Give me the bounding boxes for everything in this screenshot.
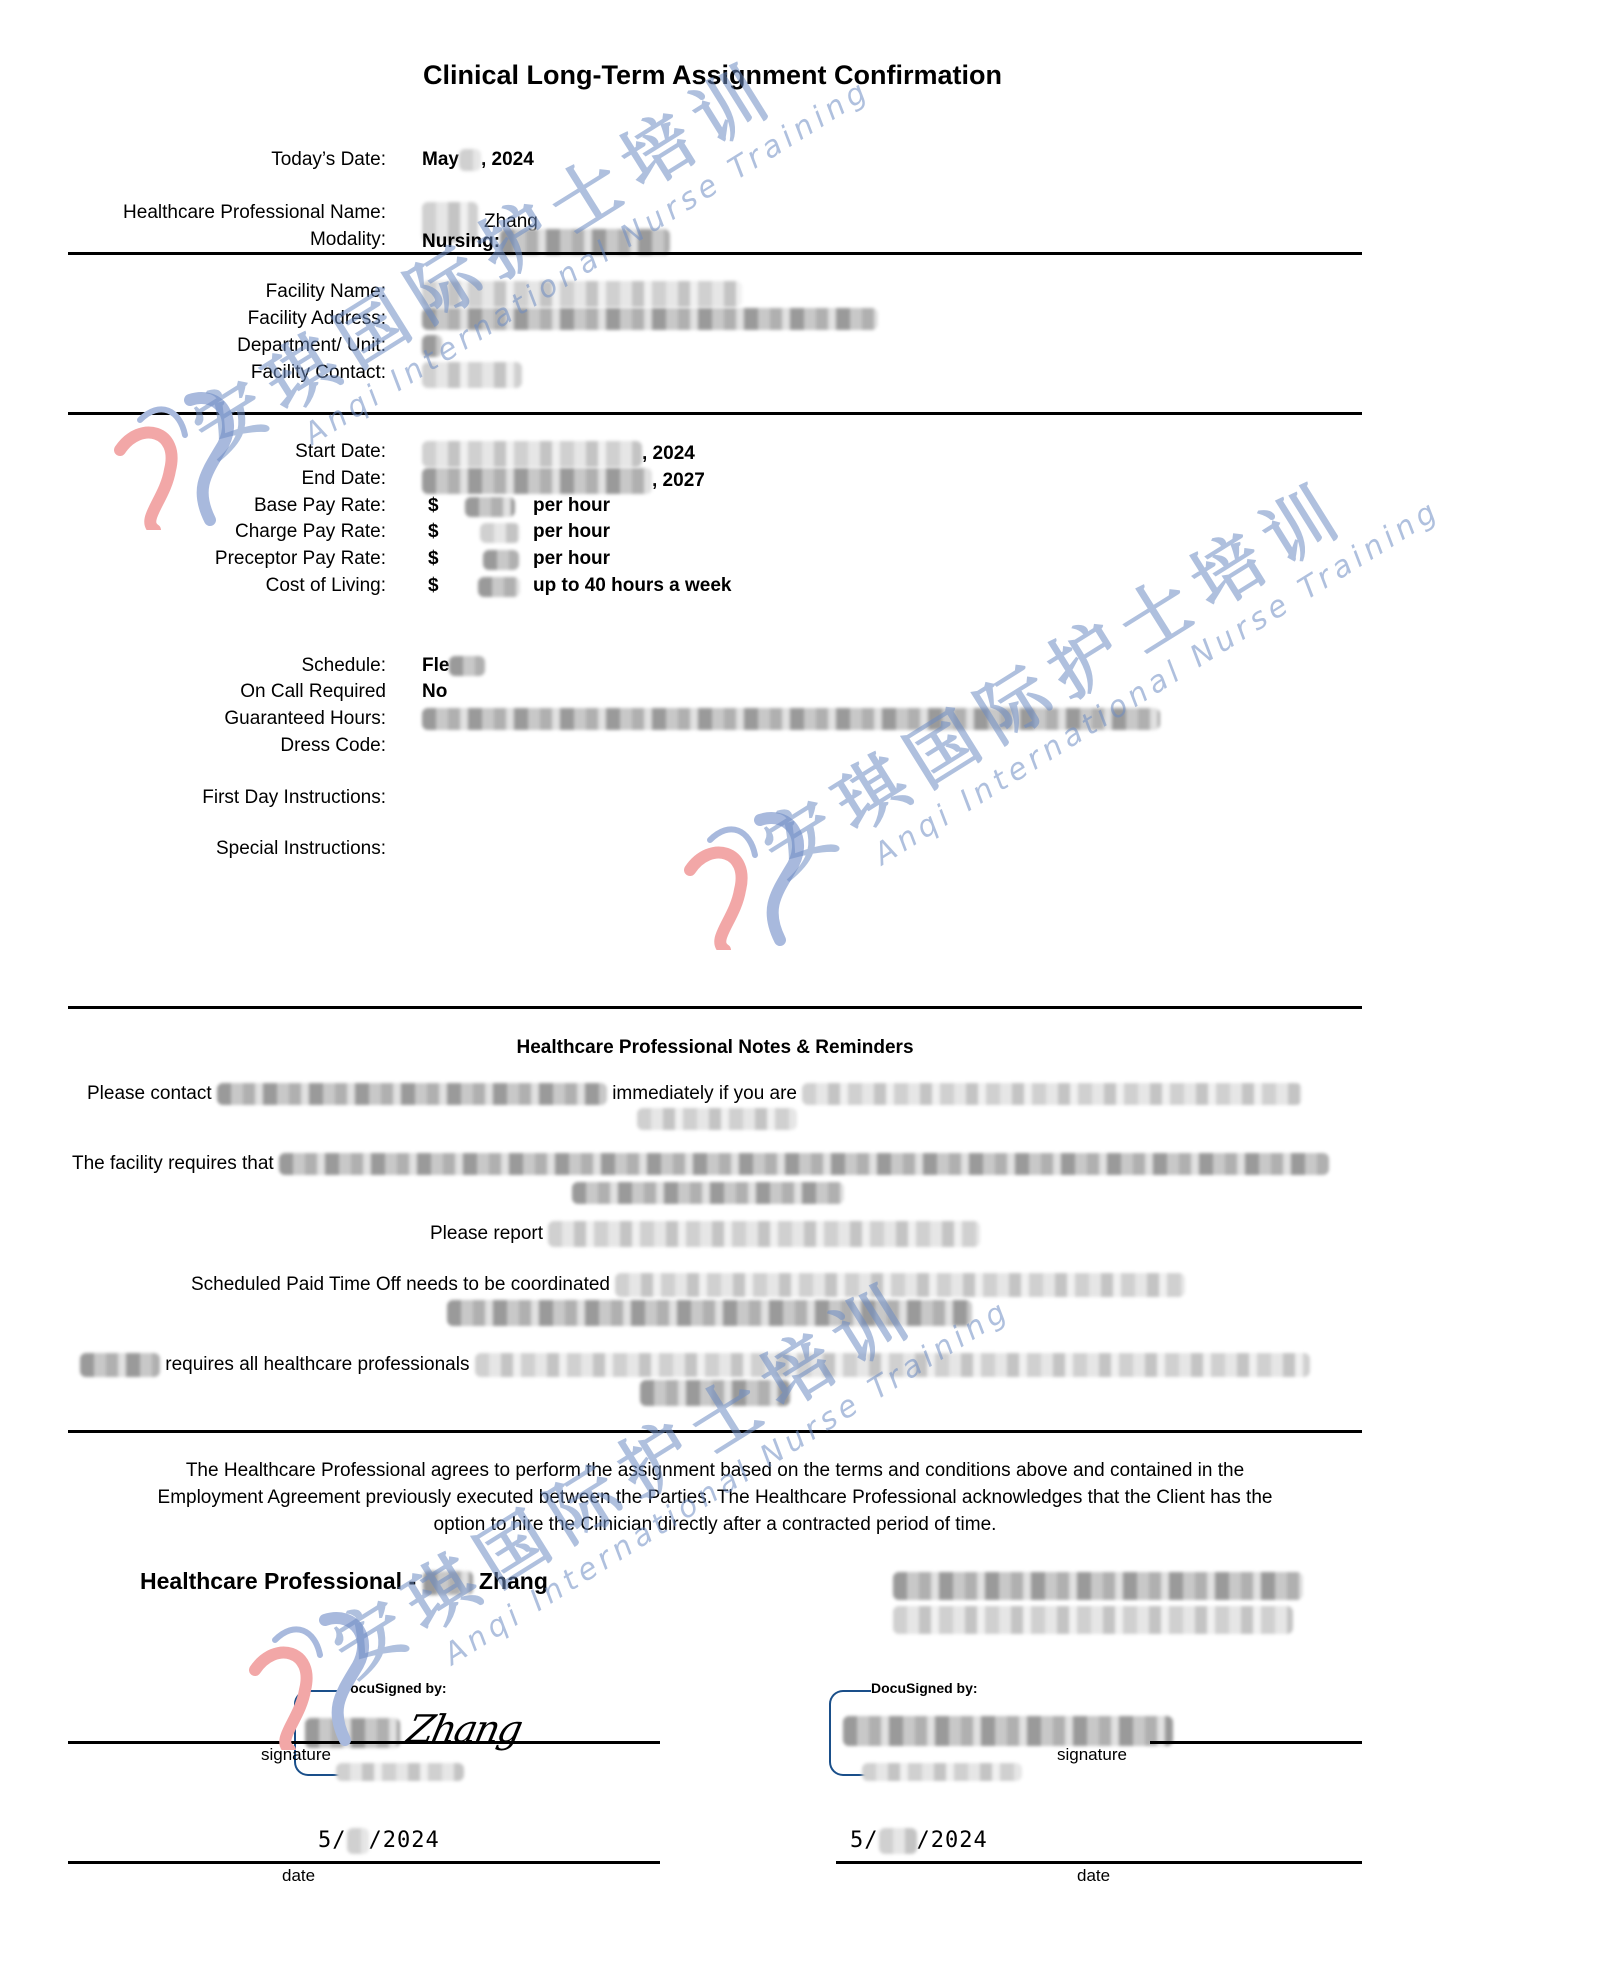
todays-date-label: Today’s Date:: [271, 149, 386, 171]
agreement-line-3: option to hire the Clinician directly af…: [68, 1511, 1362, 1538]
department-value: [422, 335, 442, 357]
handwritten-signature: Zhang: [403, 1707, 525, 1751]
watermark-cn: 安琪国际护士培训: [179, 46, 792, 472]
watermark-middle: 安琪国际护士培训 Anqi International Nurse Traini…: [741, 412, 1447, 920]
first-day-label: First Day Instructions:: [202, 787, 386, 809]
cost-of-living-currency: $: [428, 575, 439, 597]
facility-address-value: [422, 308, 878, 330]
date-left-prefix: 5/: [318, 1828, 347, 1853]
redacted-client-name: [893, 1572, 1303, 1600]
redacted-start-date: [422, 441, 642, 467]
redacted-schedule: [449, 656, 485, 676]
watermark-logo-icon: [100, 380, 250, 530]
note-requires-all: requires all healthcare professionals: [80, 1353, 1310, 1377]
redacted-guaranteed-hours: [422, 708, 1160, 730]
document-title: Clinical Long-Term Assignment Confirmati…: [0, 60, 1425, 91]
redacted-docusign-id-left: [336, 1763, 464, 1781]
docusigned-by-label-right: DocuSigned by:: [871, 1680, 978, 1696]
redacted-cost-of-living: [478, 577, 520, 597]
redacted-pto-detail: [615, 1273, 1185, 1297]
redacted-preceptor-pay: [483, 550, 519, 570]
date-left-suffix: /2024: [369, 1828, 440, 1853]
cost-of-living-label: Cost of Living:: [266, 575, 386, 597]
signature-label-right: signature: [1057, 1745, 1127, 1765]
preceptor-pay-label: Preceptor Pay Rate:: [215, 548, 386, 570]
todays-date-year: , 2024: [481, 149, 534, 170]
end-date-value: , 2027: [422, 468, 705, 494]
charge-pay-label: Charge Pay Rate:: [235, 521, 386, 543]
redacted-client-title: [893, 1606, 1293, 1634]
signature-line-right: [1150, 1741, 1362, 1744]
redacted-end-date: [422, 468, 652, 494]
facility-contact-label: Facility Contact:: [251, 362, 386, 384]
redacted-report-detail: [548, 1221, 980, 1247]
notes-heading: Healthcare Professional Notes & Reminder…: [68, 1037, 1362, 1059]
watermark-logo-icon: [670, 800, 820, 950]
redacted-docusign-id-right: [862, 1763, 1022, 1781]
date-value-right: 5//2024: [850, 1828, 988, 1854]
base-pay-label: Base Pay Rate:: [254, 495, 386, 517]
signature-label-left: signature: [261, 1745, 331, 1765]
agreement-line-2: Employment Agreement previously executed…: [68, 1484, 1362, 1511]
cost-of-living-unit: up to 40 hours a week: [533, 575, 732, 597]
start-date-year: , 2024: [642, 443, 695, 464]
redacted-hp-first-name: [423, 1571, 473, 1595]
note-contact-prefix: Please contact: [87, 1083, 212, 1104]
schedule-label: Schedule:: [301, 655, 386, 677]
charge-pay-unit: per hour: [533, 521, 610, 543]
watermark-en: Anqi International Nurse Training: [868, 492, 1447, 872]
hp-signature-surname: Zhang: [479, 1568, 548, 1594]
date-line-left: [68, 1861, 660, 1864]
agreement-paragraph: The Healthcare Professional agrees to pe…: [68, 1457, 1362, 1538]
section-divider-2: [68, 412, 1362, 415]
todays-date-month: May: [422, 149, 459, 170]
section-divider-1: [68, 252, 1362, 255]
note-pto-text: Scheduled Paid Time Off needs to be coor…: [191, 1274, 610, 1295]
signature-line-left: [68, 1741, 660, 1744]
note-please-report: Please report: [430, 1221, 980, 1247]
date-right-suffix: /2024: [917, 1828, 988, 1853]
redacted-charge-pay: [480, 523, 520, 543]
date-line-right: [836, 1861, 1362, 1864]
department-label: Department/ Unit:: [237, 335, 386, 357]
redacted-facility-name: [422, 281, 742, 307]
hp-signature-heading: Healthcare Professional - Zhang: [140, 1568, 548, 1595]
hp-signature-prefix: Healthcare Professional -: [140, 1568, 416, 1594]
note-pto: Scheduled Paid Time Off needs to be coor…: [191, 1273, 1185, 1297]
agreement-line-1: The Healthcare Professional agrees to pe…: [68, 1457, 1362, 1484]
modality-nursing: Nursing:: [422, 231, 500, 252]
docusigned-by-label-left: DocuSigned by:: [340, 1680, 447, 1696]
facility-address-label: Facility Address:: [248, 308, 386, 330]
preceptor-pay-currency: $: [428, 548, 439, 570]
redacted-client-signature: [843, 1716, 1173, 1746]
redacted-contact-condition: [802, 1083, 1302, 1105]
redacted-facility-requirement: [279, 1153, 1329, 1175]
date-value-left: 5//2024: [318, 1828, 440, 1854]
special-instructions-label: Special Instructions:: [216, 838, 386, 860]
hp-name-label: Healthcare Professional Name:: [123, 202, 386, 224]
note-requires-all-text: requires all healthcare professionals: [165, 1354, 469, 1375]
redacted-day: [459, 149, 481, 171]
redacted-facility-requirement-line2: [572, 1182, 844, 1204]
base-pay-currency: $: [428, 495, 439, 517]
redacted-requirement-line2: [640, 1380, 790, 1406]
note-contact-middle: immediately if you are: [612, 1083, 797, 1104]
facility-name-value: [422, 281, 742, 307]
start-date-value: , 2024: [422, 441, 695, 467]
note-please-report-text: Please report: [430, 1223, 543, 1244]
start-date-label: Start Date:: [295, 441, 386, 463]
watermark-cn: 安琪国际护士培训: [749, 466, 1362, 892]
preceptor-pay-unit: per hour: [533, 548, 610, 570]
dress-code-label: Dress Code:: [280, 735, 386, 757]
base-pay-unit: per hour: [533, 495, 610, 517]
todays-date-value: May, 2024: [422, 149, 534, 171]
section-divider-3: [68, 1006, 1362, 1009]
date-label-right: date: [1077, 1866, 1110, 1886]
facility-contact-value: [422, 362, 522, 388]
facility-name-label: Facility Name:: [266, 281, 386, 303]
on-call-label: On Call Required: [240, 681, 386, 703]
note-contact: Please contact immediately if you are: [87, 1083, 1302, 1105]
redacted-department: [422, 335, 442, 357]
note-facility-requires: The facility requires that: [72, 1153, 1329, 1175]
schedule-value-text: Fle: [422, 655, 449, 676]
redacted-pto-line2: [447, 1300, 972, 1326]
redacted-contact-line2: [637, 1108, 797, 1130]
charge-pay-currency: $: [428, 521, 439, 543]
redacted-facility-contact: [422, 362, 522, 388]
redacted-contact: [217, 1083, 607, 1105]
watermark-en: Anqi International Nurse Training: [298, 72, 877, 452]
redacted-base-pay: [465, 497, 515, 517]
redacted-company: [80, 1353, 160, 1377]
date-label-left: date: [282, 1866, 315, 1886]
date-right-prefix: 5/: [850, 1828, 879, 1853]
end-date-label: End Date:: [302, 468, 387, 490]
redacted-requirement: [475, 1353, 1310, 1377]
modality-label: Modality:: [310, 229, 386, 251]
schedule-value: Fle: [422, 655, 485, 677]
end-date-year: , 2027: [652, 470, 705, 491]
guaranteed-hours-value: [422, 708, 1160, 730]
on-call-value: No: [422, 681, 447, 703]
redacted-facility-address: [422, 308, 878, 330]
section-divider-4: [68, 1430, 1362, 1433]
redacted-date-right: [879, 1828, 917, 1854]
guaranteed-hours-label: Guaranteed Hours:: [224, 708, 386, 730]
redacted-date-left: [347, 1828, 369, 1854]
note-facility-requires-text: The facility requires that: [72, 1153, 274, 1174]
